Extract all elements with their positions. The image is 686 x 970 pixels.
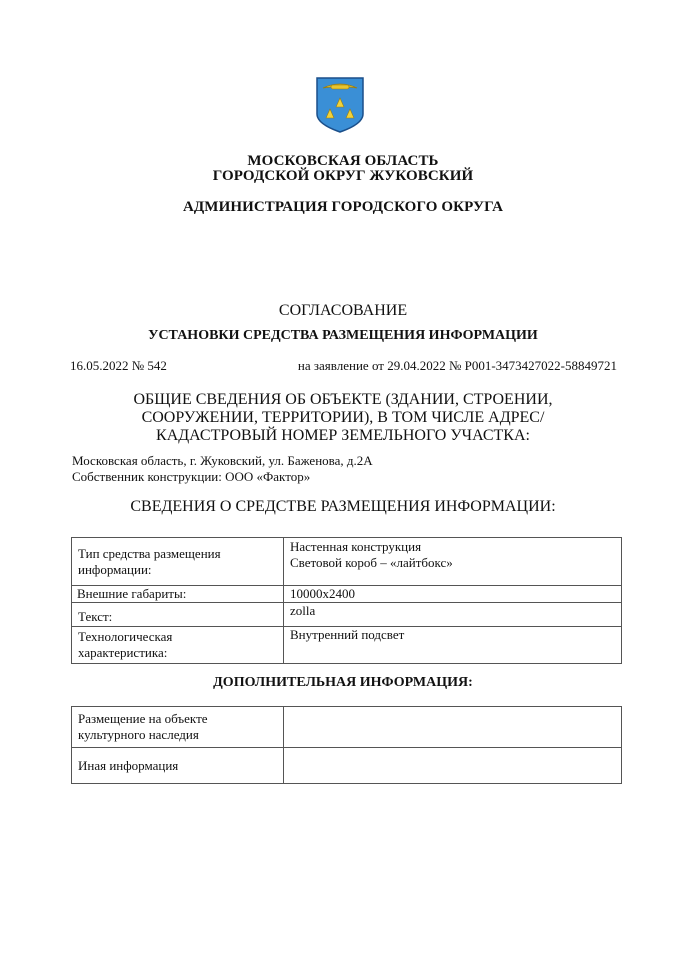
label-line: Иная информация [78, 758, 283, 774]
heading-line: КАДАСТРОВЫЙ НОМЕР ЗЕМЕЛЬНОГО УЧАСТКА: [0, 427, 686, 445]
row-value [284, 707, 622, 748]
table-row: Иная информация [72, 748, 622, 784]
ad-info-table: Тип средства размещения информации: Наст… [71, 537, 622, 664]
label-line: информации: [78, 562, 283, 578]
value-line: zolla [290, 603, 621, 619]
row-label: Размещение на объекте культурного наслед… [72, 707, 284, 748]
construction-owner: Собственник конструкции: ООО «Фактор» [72, 468, 310, 485]
object-address: Московская область, г. Жуковский, ул. Ба… [72, 452, 373, 469]
label-line: культурного наследия [78, 727, 283, 743]
table-row: Размещение на объекте культурного наслед… [72, 707, 622, 748]
row-label: Внешние габариты: [72, 586, 284, 603]
row-value: zolla [284, 603, 622, 627]
row-value [284, 748, 622, 784]
table-row: Текст: zolla [72, 603, 622, 627]
row-value: 10000x2400 [284, 586, 622, 603]
value-line: Внутренний подсвет [290, 627, 621, 643]
row-label: Тип средства размещения информации: [72, 538, 284, 586]
value-line: Световой короб – «лайтбокс» [290, 555, 621, 571]
additional-info-table: Размещение на объекте культурного наслед… [71, 706, 622, 784]
administration-name: АДМИНИСТРАЦИЯ ГОРОДСКОГО ОКРУГА [0, 199, 686, 215]
document-subtitle: УСТАНОВКИ СРЕДСТВА РАЗМЕЩЕНИЯ ИНФОРМАЦИИ [0, 328, 686, 344]
table-row: Внешние габариты: 10000x2400 [72, 586, 622, 603]
table-row: Тип средства размещения информации: Наст… [72, 538, 622, 586]
label-line: характеристика: [78, 645, 283, 661]
document-title: СОГЛАСОВАНИЕ [0, 302, 686, 320]
value-line: Настенная конструкция [290, 539, 621, 555]
row-label: Технологическая характеристика: [72, 627, 284, 664]
heading-line: ОБЩИЕ СВЕДЕНИЯ ОБ ОБЪЕКТЕ (ЗДАНИИ, СТРОЕ… [0, 391, 686, 409]
label-line: Текст: [78, 609, 283, 625]
row-value: Внутренний подсвет [284, 627, 622, 664]
heading-line: СООРУЖЕНИИ, ТЕРРИТОРИИ), В ТОМ ЧИСЛЕ АДР… [0, 409, 686, 427]
district-name: ГОРОДСКОЙ ОКРУГ ЖУКОВСКИЙ [0, 168, 686, 184]
additional-info-heading: ДОПОЛНИТЕЛЬНАЯ ИНФОРМАЦИЯ: [0, 675, 686, 691]
label-line: Технологическая [78, 629, 283, 645]
label-line: Внешние габариты: [77, 586, 283, 602]
region-name: МОСКОВСКАЯ ОБЛАСТЬ [0, 153, 686, 169]
object-info-heading: ОБЩИЕ СВЕДЕНИЯ ОБ ОБЪЕКТЕ (ЗДАНИИ, СТРОЕ… [0, 391, 686, 445]
label-line: Тип средства размещения [78, 546, 283, 562]
ad-info-heading: СВЕДЕНИЯ О СРЕДСТВЕ РАЗМЕЩЕНИЯ ИНФОРМАЦИ… [0, 498, 686, 516]
row-label: Текст: [72, 603, 284, 627]
value-line: 10000x2400 [290, 586, 621, 602]
document-date-number: 16.05.2022 № 542 [70, 358, 167, 374]
row-label: Иная информация [72, 748, 284, 784]
row-value: Настенная конструкция Световой короб – «… [284, 538, 622, 586]
coat-of-arms-icon [315, 76, 365, 134]
application-reference: на заявление от 29.04.2022 № P001-347342… [298, 358, 617, 374]
label-line: Размещение на объекте [78, 711, 283, 727]
table-row: Технологическая характеристика: Внутренн… [72, 627, 622, 664]
